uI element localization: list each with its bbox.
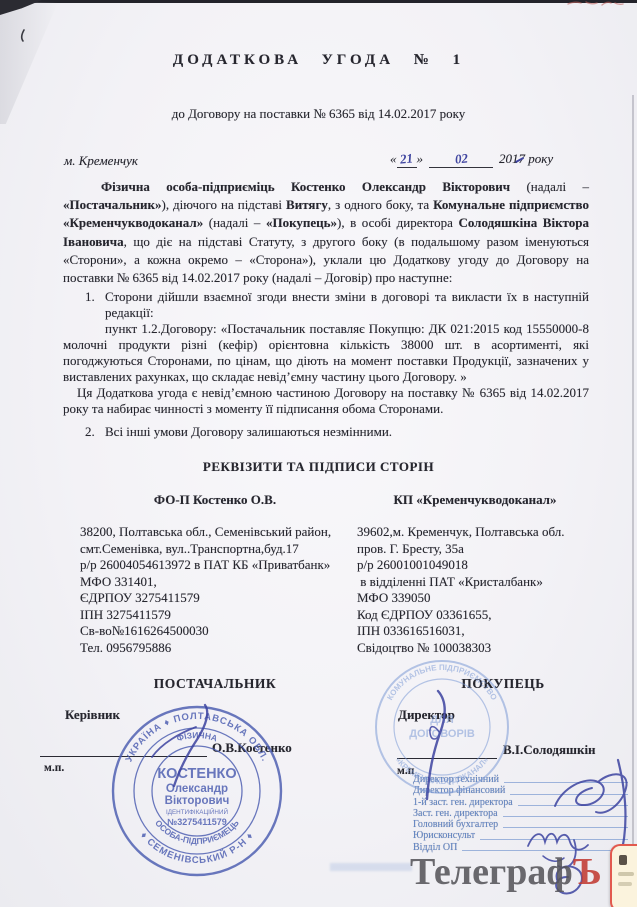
document-title: ДОДАТКОВА УГОДА № 1 [0,52,637,69]
clause-1-number: 1. [85,289,95,305]
clause-1-paragraph-2: пункт 1.2.Договору: «Постачальник постав… [63,321,589,385]
supplier-seal-label: м.п. [44,762,64,774]
requisites-header: РЕКВІЗИТИ ТА ПІДПИСИ СТОРІН [0,459,637,475]
stamp-center-id-number: №3275411579 [167,817,227,827]
buyer-name: В.І.Солодяшкін [503,742,596,758]
date-line: «21»022017 року [390,151,595,168]
buyer-stamp-ring-bottom-text: «КРЕМЕНЧУКВОДОКАНАЛ» [394,755,491,786]
date-day-handwritten: 21 [399,150,414,167]
list-item: Св-во№1616264500030 [80,623,352,640]
telegraf-watermark: ТелеграфЪ [410,850,602,894]
supplier-column-title: ФО-П Костенко О.В. [80,492,350,508]
list-item: Тел. 0956795886 [80,640,352,657]
clause-1-paragraph-1: Сторони дійшли взаємної згоди внести змі… [105,289,589,320]
date-close-quote: » [417,151,424,166]
buyer-requisites: 39602,м. Кременчук, Полтавська обл.пров.… [357,524,597,656]
list-item: Заст. ген. директора [413,808,630,819]
stamp-inner-ring-top-text: ФІЗИЧНА [175,730,218,743]
supplier-requisites: 38200, Полтавська обл., Семенівський рай… [80,524,352,656]
buyer-stamp-center-line2: ДОГОВОРІВ [409,728,475,740]
cutoff-callout-box [610,844,637,907]
ink-overlay [0,0,637,907]
date-month-handwritten: 02 [454,150,469,167]
buyer-round-stamp: КОМУНАЛЬНЕ ПІДПРИЄМСТВО «КРЕМЕНЧУКВОДОКА… [372,657,512,797]
watermark-red-part: Ъ [573,851,602,893]
list-item: ІПН 3275411579 [80,607,352,624]
clause-2-text: Всі інші умови Договору залишаються незм… [105,424,392,439]
list-item: р/р 26004054613972 в ПАТ КБ «Приватбанк» [80,557,352,574]
date-year-suffix: року [528,151,553,166]
stamp-center-patronymic: Вікторович [165,795,230,807]
date-year: 2017 [499,151,525,167]
list-item: в відділенні ПАТ «Кристалбанк» [357,574,597,591]
list-item: 1-й заст. ген. директора [413,797,630,808]
stamp-center-id-label: ІДЕНТИФІКАЦІЙНИЙ [166,807,229,816]
clause-1: 1. Сторони дійшли взаємної згоди внести … [63,289,589,321]
list-item: смт.Семенівка, вул..Транспортна,буд.17 [80,541,352,558]
stamp-center-firstname: Олександр [166,783,228,795]
list-item: МФО 331401, [80,574,352,591]
list-item: Юрисконсульт [413,830,630,841]
list-item: 38200, Полтавська обл., Семенівський рай… [80,524,352,541]
scan-line-right [632,95,634,865]
list-item: пров. Г. Бресту, 35а [357,541,597,558]
place-label: м. Кременчук [64,153,138,169]
intro-paragraph: Фізична особа-підприєміць Костенко Олекс… [63,178,589,287]
callout-text-fragment [618,872,634,876]
list-item: 39602,м. Кременчук, Полтавська обл. [357,524,597,541]
list-item: МФО 339050 [357,590,597,607]
list-item: Код ЄДРПОУ 03361655, [357,607,597,624]
clauses-block: 1. Сторони дійшли взаємної згоди внести … [63,289,589,440]
svg-text:КОМУНАЛЬНЕ ПІДПРИЄМСТВО: КОМУНАЛЬНЕ ПІДПРИЄМСТВО [385,663,498,702]
buyer-stamp-center-line1: ДЛЯ [430,714,454,726]
list-item: Головний бухгалтер [413,819,630,830]
buyer-column-title: КП «Кременчукводоканал» [357,492,593,508]
list-item: р/р 26001001049018 [357,557,597,574]
svg-text:ФІЗИЧНА: ФІЗИЧНА [175,730,218,743]
list-item: ЄДРПОУ 3275411579 [80,590,352,607]
list-item: Свідоцтво № 100038303 [357,640,597,657]
callout-text-fragment [619,855,627,865]
scan-edge-top [0,0,637,3]
watermark-gray-part: Телеграф [410,851,573,893]
list-item: ІПН 033616516031, [357,623,597,640]
faint-stamp-text [330,863,412,871]
supplier-round-stamp: УКРАЇНА ♦ ПОЛТАВСЬКА ОБЛ. ♦ СЕМЕНІВСЬКИЙ… [108,702,286,880]
stamp-center-surname: КОСТЕНКО [157,766,236,782]
clause-2-number: 2. [85,424,95,440]
callout-text-fragment [618,882,632,886]
clause-2: 2. Всі інші умови Договору залишаються н… [63,424,589,440]
buyer-stamp-ring-top-text: КОМУНАЛЬНЕ ПІДПРИЄМСТВО [385,663,498,702]
clause-1-paragraph-3: Ця Додаткова угода є невід’ємною частино… [63,385,589,417]
svg-text:«КРЕМЕНЧУКВОДОКАНАЛ»: «КРЕМЕНЧУКВОДОКАНАЛ» [394,755,491,786]
document-subtitle: до Договору на поставки № 6365 від 14.02… [0,106,637,122]
scanned-agreement-page: ДОДАТКОВА УГОДА № 1 до Договору на поста… [0,0,637,907]
supplier-role-header: ПОСТАЧАЛЬНИК [80,676,350,692]
